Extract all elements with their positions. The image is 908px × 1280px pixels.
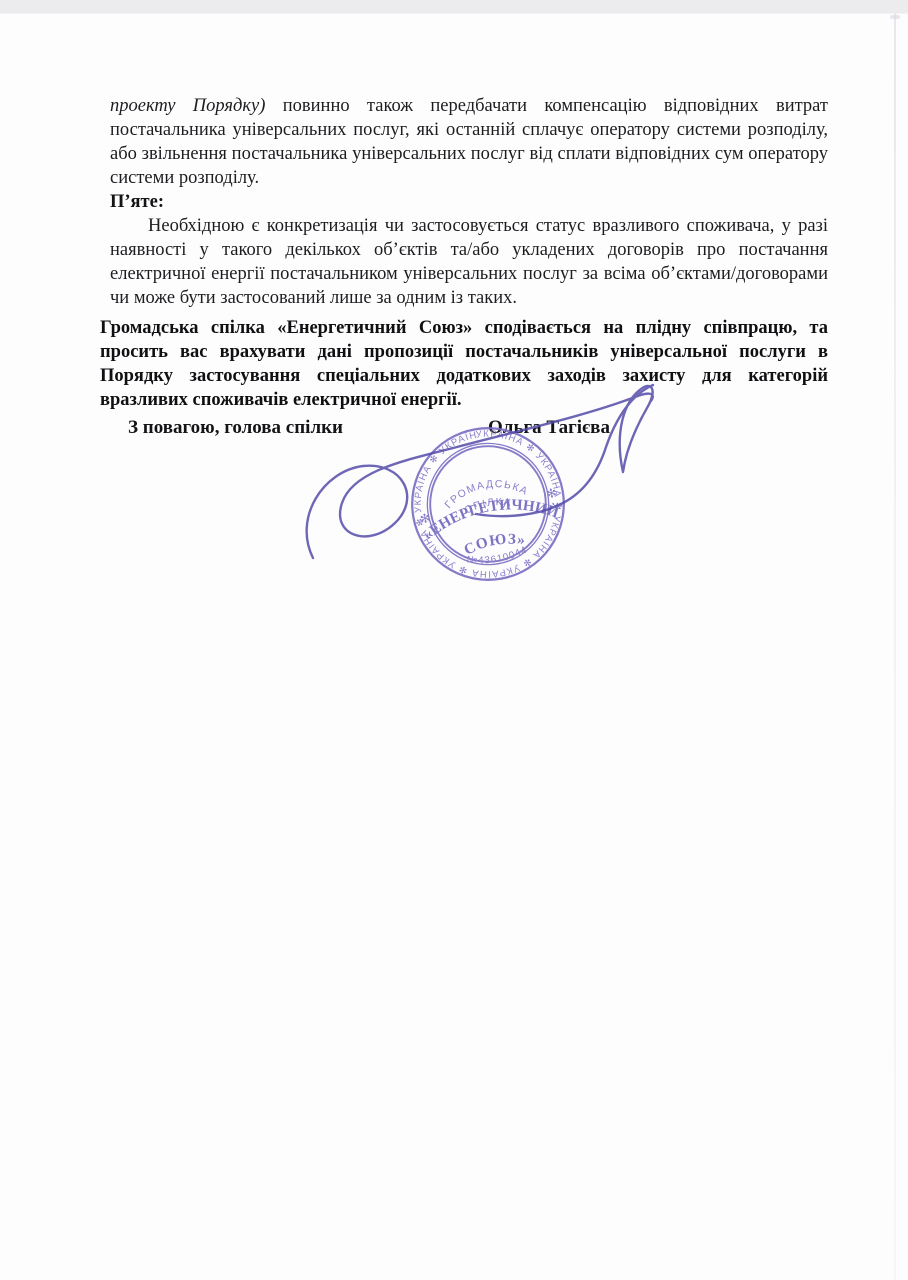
closing-request-paragraph: Громадська спілка «Енергетичний Союз» сп…	[100, 316, 828, 412]
signoff-role: З повагою, голова спілки	[128, 417, 343, 439]
seal-svg: УКРАЇНА ✻ УКРАЇНА ✻ УКРАЇНА ✻ УКРАЇНА ✻ …	[398, 414, 578, 594]
page-edge-shadow	[894, 13, 896, 1280]
point-five-paragraph: Необхідною є конкретизація чи застосовує…	[110, 214, 828, 310]
italic-reference-text: проекту Порядку)	[110, 96, 265, 116]
scan-artifact	[890, 15, 900, 19]
paragraph-continuation: проекту Порядку) повинно також передбача…	[110, 94, 828, 190]
letter-body: проекту Порядку) повинно також передбача…	[110, 94, 828, 412]
scan-top-margin	[0, 0, 908, 14]
seal-left-star: ✻	[419, 511, 432, 527]
point-five-heading: П’яте:	[110, 190, 828, 214]
organization-seal: УКРАЇНА ✻ УКРАЇНА ✻ УКРАЇНА ✻ УКРАЇНА ✻ …	[398, 414, 578, 594]
